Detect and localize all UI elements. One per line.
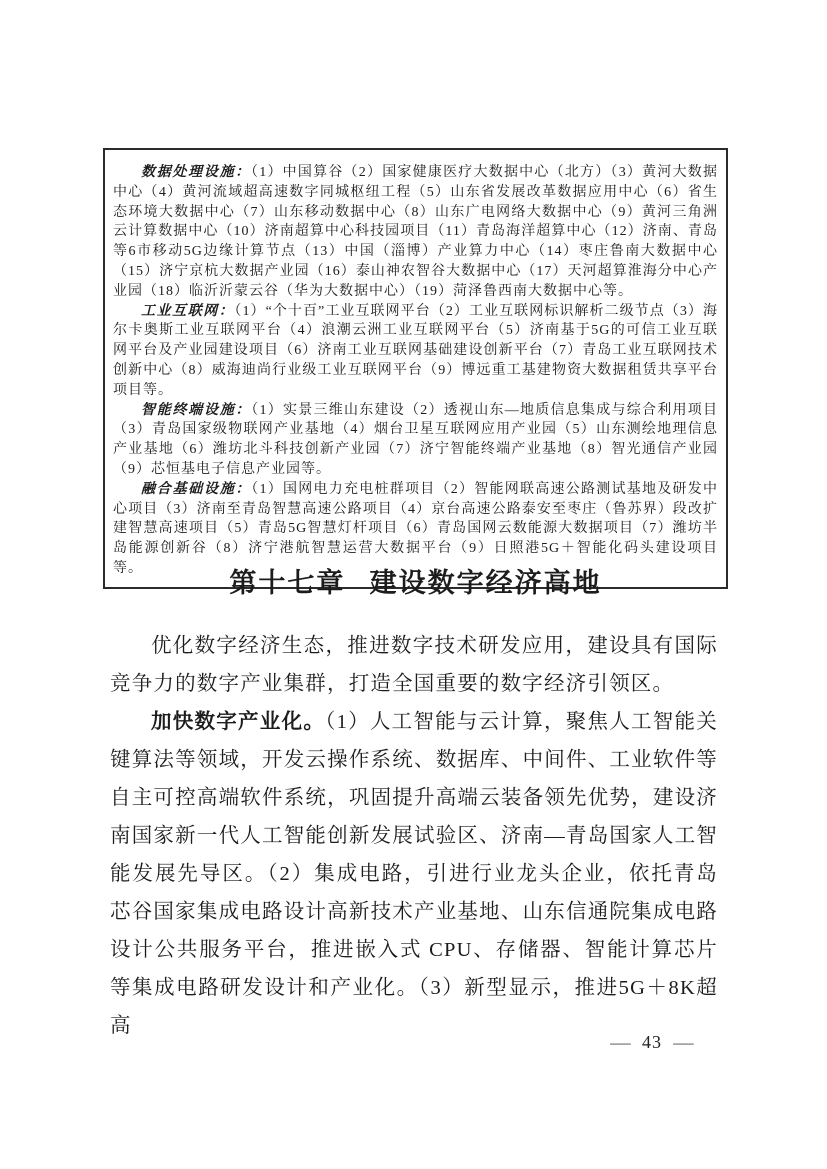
paragraph-text: （1）人工智能与云计算，聚焦人工智能关键算法等领域，开发云操作系统、数据库、中间… [110,711,718,1037]
document-page: 数据处理设施：（1）中国算谷（2）国家健康医疗大数据中心（北方）（3）黄河大数据… [0,0,827,1169]
page-footer: — 43 — [612,1032,692,1053]
infobox-label: 智能终端设施： [141,403,251,418]
body-text: 优化数字经济生态，推进数字技术研发应用，建设具有国际竞争力的数字产业集群，打造全… [110,627,718,1045]
chapter-name: 建设数字经济高地 [370,568,602,598]
project-infobox: 数据处理设施：（1）中国算谷（2）国家健康医疗大数据中心（北方）（3）黄河大数据… [103,148,728,589]
chapter-number: 第十七章 [229,568,345,598]
infobox-label: 数据处理设施： [141,165,251,180]
infobox-paragraph-data-processing: 数据处理设施：（1）中国算谷（2）国家健康医疗大数据中心（北方）（3）黄河大数据… [113,163,718,302]
infobox-paragraph-smart-terminal: 智能终端设施：（1）实景三维山东建设（2）透视山东—地质信息集成与综合利用项目（… [113,401,718,480]
infobox-paragraph-converged-infrastructure: 融合基础设施：（1）国网电力充电桩群项目（2）智能网联高速公路测试基地及研发中心… [113,480,718,579]
chapter-title: 第十七章建设数字经济高地 [103,567,728,599]
body-paragraph-industrialization: 加快数字产业化。（1）人工智能与云计算，聚焦人工智能关键算法等领域，开发云操作系… [110,703,718,1045]
infobox-paragraph-industrial-internet: 工业互联网：（1）“个十百”工业互联网平台（2）工业互联网标识解析二级节点（3）… [113,302,718,401]
paragraph-bold-lead: 加快数字产业化。 [151,711,325,733]
footer-page-number: 43 [642,1032,662,1053]
footer-dash-left: — [610,1033,630,1053]
body-paragraph-intro: 优化数字经济生态，推进数字技术研发应用，建设具有国际竞争力的数字产业集群，打造全… [110,627,718,703]
infobox-label: 融合基础设施： [141,482,251,497]
footer-dash-right: — [673,1033,693,1053]
infobox-text: （1）中国算谷（2）国家健康医疗大数据中心（北方）（3）黄河大数据中心（4）黄河… [113,165,718,299]
infobox-label: 工业互联网： [141,304,234,319]
